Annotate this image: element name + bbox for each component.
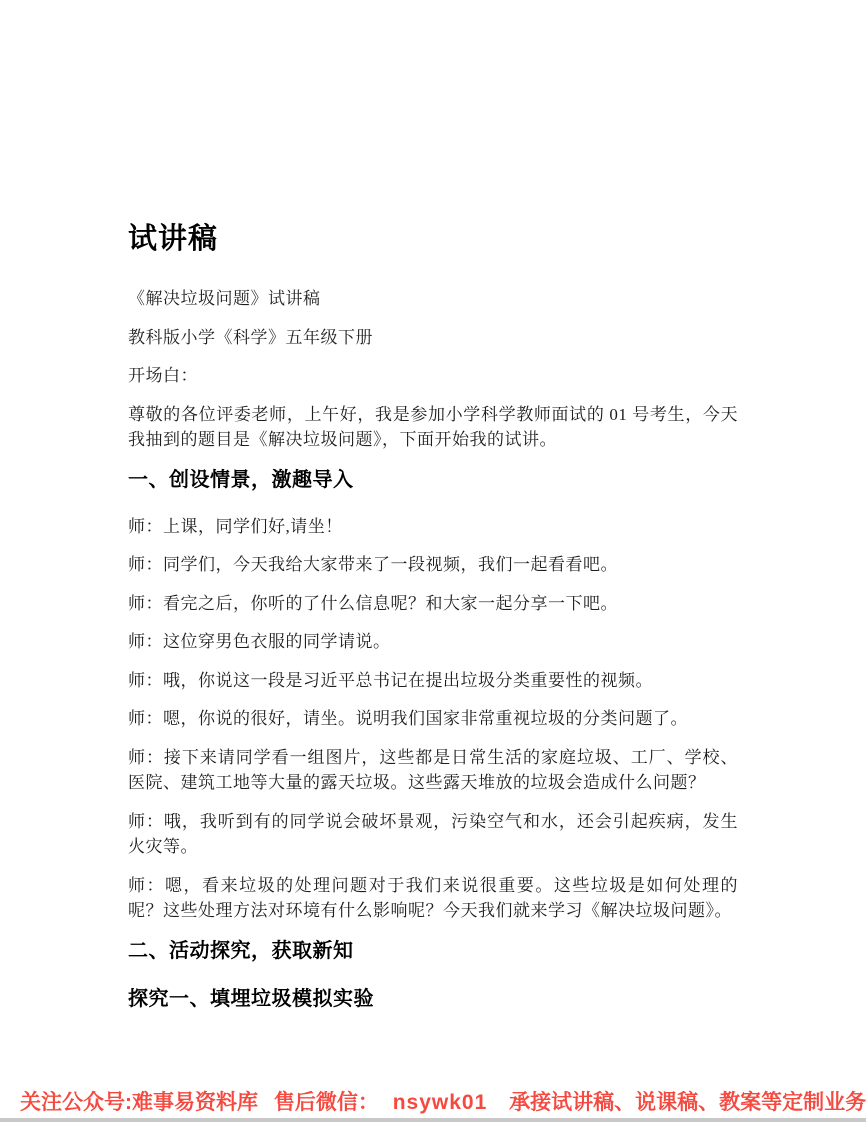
footer-wechat-id: nsywk01 bbox=[393, 1088, 488, 1118]
section-heading-1: 一、创设情景，激趣导入 bbox=[128, 466, 738, 494]
paragraph-teacher-line: 师：哦，我听到有的同学说会破坏景观，污染空气和水，还会引起疾病，发生火灾等。 bbox=[128, 809, 738, 860]
paragraph-teacher-line: 师：接下来请同学看一组图片，这些都是日常生活的家庭垃圾、工厂、学校、医院、建筑工… bbox=[128, 745, 738, 796]
paragraph-teacher-line: 师：嗯，你说的很好，请坐。说明我们国家非常重视垃圾的分类问题了。 bbox=[128, 706, 738, 732]
paragraph-edition: 教科版小学《科学》五年级下册 bbox=[128, 325, 738, 351]
section-heading-3: 探究一、填埋垃圾模拟实验 bbox=[128, 985, 738, 1013]
paragraph-teacher-line: 师：同学们，今天我给大家带来了一段视频，我们一起看看吧。 bbox=[128, 552, 738, 578]
paragraph-teacher-line: 师：上课，同学们好,请坐！ bbox=[128, 514, 738, 540]
page-title: 试讲稿 bbox=[128, 222, 738, 256]
footer-promo-banner: 关注公众号:难事易资料库 售后微信： nsywk01 承接试讲稿、说课稿、教案等… bbox=[0, 1088, 866, 1118]
footer-follow-text: 关注公众号:难事易资料库 bbox=[20, 1088, 258, 1118]
footer-wechat-label: 售后微信： bbox=[274, 1088, 379, 1118]
footer-services-text: 承接试讲稿、说课稿、教案等定制业务 bbox=[509, 1088, 866, 1118]
bottom-edge-line bbox=[0, 1118, 866, 1122]
document-page: 试讲稿 《解决垃圾问题》试讲稿 教科版小学《科学》五年级下册 开场白： 尊敬的各… bbox=[0, 0, 866, 1013]
paragraph-opening: 尊敬的各位评委老师，上午好，我是参加小学科学教师面试的 01 号考生，今天我抽到… bbox=[128, 402, 738, 453]
paragraph-teacher-line: 师：看完之后，你听的了什么信息呢？和大家一起分享一下吧。 bbox=[128, 591, 738, 617]
paragraph-teacher-line: 师：哦，你说这一段是习近平总书记在提出垃圾分类重要性的视频。 bbox=[128, 668, 738, 694]
paragraph-teacher-line: 师：这位穿男色衣服的同学请说。 bbox=[128, 629, 738, 655]
paragraph-teacher-line: 师：嗯，看来垃圾的处理问题对于我们来说很重要。这些垃圾是如何处理的呢？这些处理方… bbox=[128, 873, 738, 924]
section-heading-2: 二、活动探究，获取新知 bbox=[128, 937, 738, 965]
paragraph-opening-label: 开场白： bbox=[128, 363, 738, 389]
paragraph-subtitle: 《解决垃圾问题》试讲稿 bbox=[128, 286, 738, 312]
